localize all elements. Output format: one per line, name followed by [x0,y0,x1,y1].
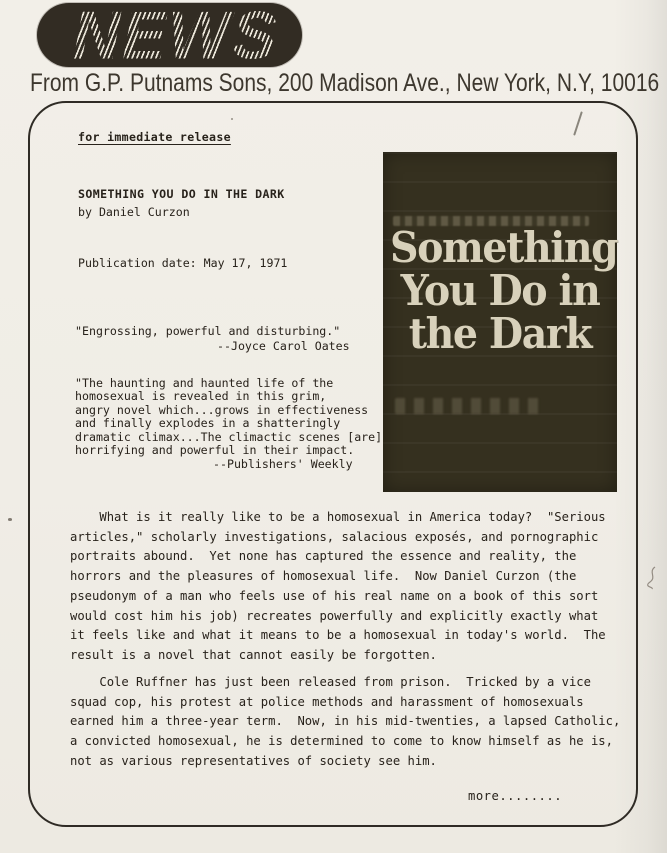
quote-publishers-weekly-text: "The haunting and haunted life of the ho… [75,377,382,457]
release-slug: for immediate release [78,131,231,144]
book-cover-title-line-3: the Dark [390,312,610,355]
news-logo-text: NEWS [73,1,279,68]
book-cover-faint-author [395,398,545,414]
press-release-page: NEWS From G.P. Putnams Sons, 200 Madison… [0,0,667,853]
body-paragraph-2: Cole Ruffner has just been released from… [70,673,620,772]
quote-oates-attribution: --Joyce Carol Oates [217,340,350,353]
body-paragraph-1: What is it really like to be a homosexua… [70,508,606,666]
margin-dot-artifact [8,518,12,521]
book-byline: by Daniel Curzon [78,206,190,219]
book-title-text: SOMETHING YOU DO IN THE DARK [78,188,285,201]
news-logo: NEWS [37,3,302,67]
more-indicator: more........ [468,787,562,807]
letterhead-address: From G.P. Putnams Sons, 200 Madison Ave.… [30,69,659,97]
quote-publishers-weekly-attribution: --Publishers' Weekly [213,458,353,471]
margin-squiggle-artifact [645,566,659,590]
book-cover-title-line-1: Something [390,226,610,269]
book-cover-title-line-2: You Do in [390,269,610,312]
speck-artifact [231,118,233,120]
quote-oates-text: "Engrossing, powerful and disturbing." [75,325,340,338]
book-cover-image: Something You Do in the Dark [383,152,617,492]
publication-date: Publication date: May 17, 1971 [78,257,287,270]
book-cover-title: Something You Do in the Dark [390,226,610,355]
